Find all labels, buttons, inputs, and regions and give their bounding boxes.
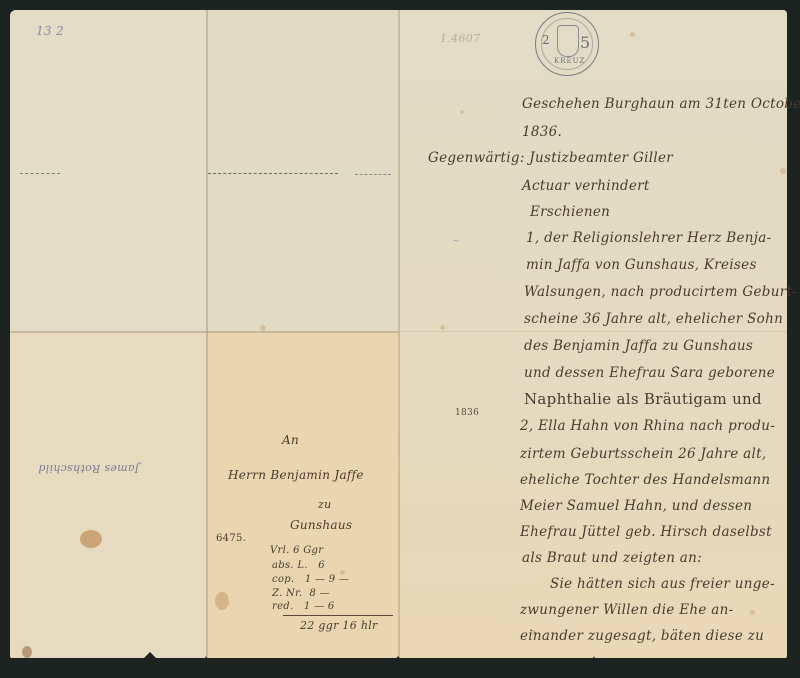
address-line: zu xyxy=(318,498,331,511)
panel-bottom-left xyxy=(10,332,206,658)
fold-line-vertical-1 xyxy=(206,10,208,658)
stain-spot xyxy=(750,610,755,615)
text-line: als Braut und zeigten an: xyxy=(522,552,702,566)
ink-dash-mark xyxy=(355,174,391,176)
text-line: und dessen Ehefrau Sara geborene xyxy=(524,367,775,381)
stain-spot xyxy=(22,646,32,658)
archive-number: 13 2 xyxy=(36,24,64,38)
stamp-bottom-text: KREUZ xyxy=(554,57,585,65)
text-line: 2, Ella Hahn von Rhina nach produ- xyxy=(520,420,775,434)
fold-line-horizontal-right xyxy=(398,331,787,332)
pencil-mark: ~ xyxy=(452,236,461,247)
fee-amount: 1 — 9 — xyxy=(305,574,349,585)
rotated-signature: James Rothschild xyxy=(38,462,139,475)
torn-edge xyxy=(588,656,600,670)
margin-year: 1836 xyxy=(455,408,479,418)
text-line: eheliche Tochter des Handelsmann xyxy=(520,474,770,488)
stain-spot xyxy=(630,32,635,37)
torn-edge xyxy=(392,656,404,664)
stamp-crest-icon xyxy=(557,25,579,57)
reference-number: 6475. xyxy=(216,533,246,544)
text-line: Walsungen, nach producirtem Geburt- xyxy=(524,286,797,300)
tax-stamp: 2 5 KREUZ xyxy=(535,12,599,76)
fee-row: Vrl. 6 Ggr xyxy=(270,545,323,556)
fee-amount: 8 — xyxy=(310,588,330,599)
text-line: Geschehen Burghaun am 31ten October xyxy=(522,98,800,112)
torn-edge xyxy=(140,652,160,662)
text-line: scheine 36 Jahre alt, ehelicher Sohn xyxy=(524,313,783,327)
torn-edge xyxy=(200,656,212,670)
stain-spot xyxy=(260,325,266,331)
text-line: des Benjamin Jaffa zu Gunshaus xyxy=(524,340,753,354)
fee-label: cop. xyxy=(272,574,294,585)
faint-page-number: 1.4607 xyxy=(440,32,480,45)
text-line: Actuar verhindert xyxy=(522,180,650,194)
text-line: Naphthalie als Bräutigam und xyxy=(524,392,762,407)
text-line: 1836. xyxy=(522,126,562,140)
fold-line-horizontal xyxy=(10,331,398,333)
address-line: An xyxy=(282,433,299,447)
panel-top-left xyxy=(10,10,206,332)
fee-label: abs. L. xyxy=(272,560,308,571)
text-line: min Jaffa von Gunshaus, Kreises xyxy=(526,259,757,273)
fee-label: Z. Nr. xyxy=(272,588,303,599)
text-line: zirtem Geburtsschein 26 Jahre alt, xyxy=(520,448,766,462)
text-line: Gegenwärtig: Justizbeamter Giller xyxy=(428,152,673,166)
panel-top-center xyxy=(206,10,398,332)
stain-spot xyxy=(80,530,102,548)
ink-dash-mark xyxy=(208,173,338,175)
fee-amount: 1 — 6 xyxy=(304,601,335,612)
fee-row: red. 1 — 6 xyxy=(272,601,335,612)
text-line: einander zugesagt, bäten diese zu xyxy=(520,630,764,644)
fee-row: Z. Nr. 8 — xyxy=(272,588,330,599)
text-line: Meier Samuel Hahn, und dessen xyxy=(520,500,752,514)
text-line: Sie hätten sich aus freier unge- xyxy=(550,578,775,592)
fee-total-rule xyxy=(283,615,393,616)
fee-amount: 6 xyxy=(318,560,325,571)
stain-spot xyxy=(460,110,464,114)
fee-row: cop. 1 — 9 — xyxy=(272,574,349,585)
fee-total: 22 ggr 16 hlr xyxy=(300,619,378,632)
fold-line-vertical-2 xyxy=(398,10,400,658)
stamp-right-number: 5 xyxy=(580,33,590,52)
address-line: Gunshaus xyxy=(290,518,352,532)
address-line: Herrn Benjamin Jaffe xyxy=(228,468,364,482)
fee-amount: 6 Ggr xyxy=(293,545,323,556)
stain-spot xyxy=(440,325,445,330)
text-line: zwungener Willen die Ehe an- xyxy=(520,604,733,618)
ink-dash-mark xyxy=(20,173,60,175)
fee-label: Vrl. xyxy=(270,545,290,556)
text-line: Erschienen xyxy=(530,206,610,220)
stain-spot xyxy=(780,168,786,174)
stamp-left-number: 2 xyxy=(542,33,550,47)
stain-spot xyxy=(215,592,229,610)
fee-row: abs. L. 6 xyxy=(272,560,325,571)
text-line: 1, der Religionslehrer Herz Benja- xyxy=(526,232,771,246)
fee-label: red. xyxy=(272,601,293,612)
text-line: Ehefrau Jüttel geb. Hirsch daselbst xyxy=(520,526,772,540)
